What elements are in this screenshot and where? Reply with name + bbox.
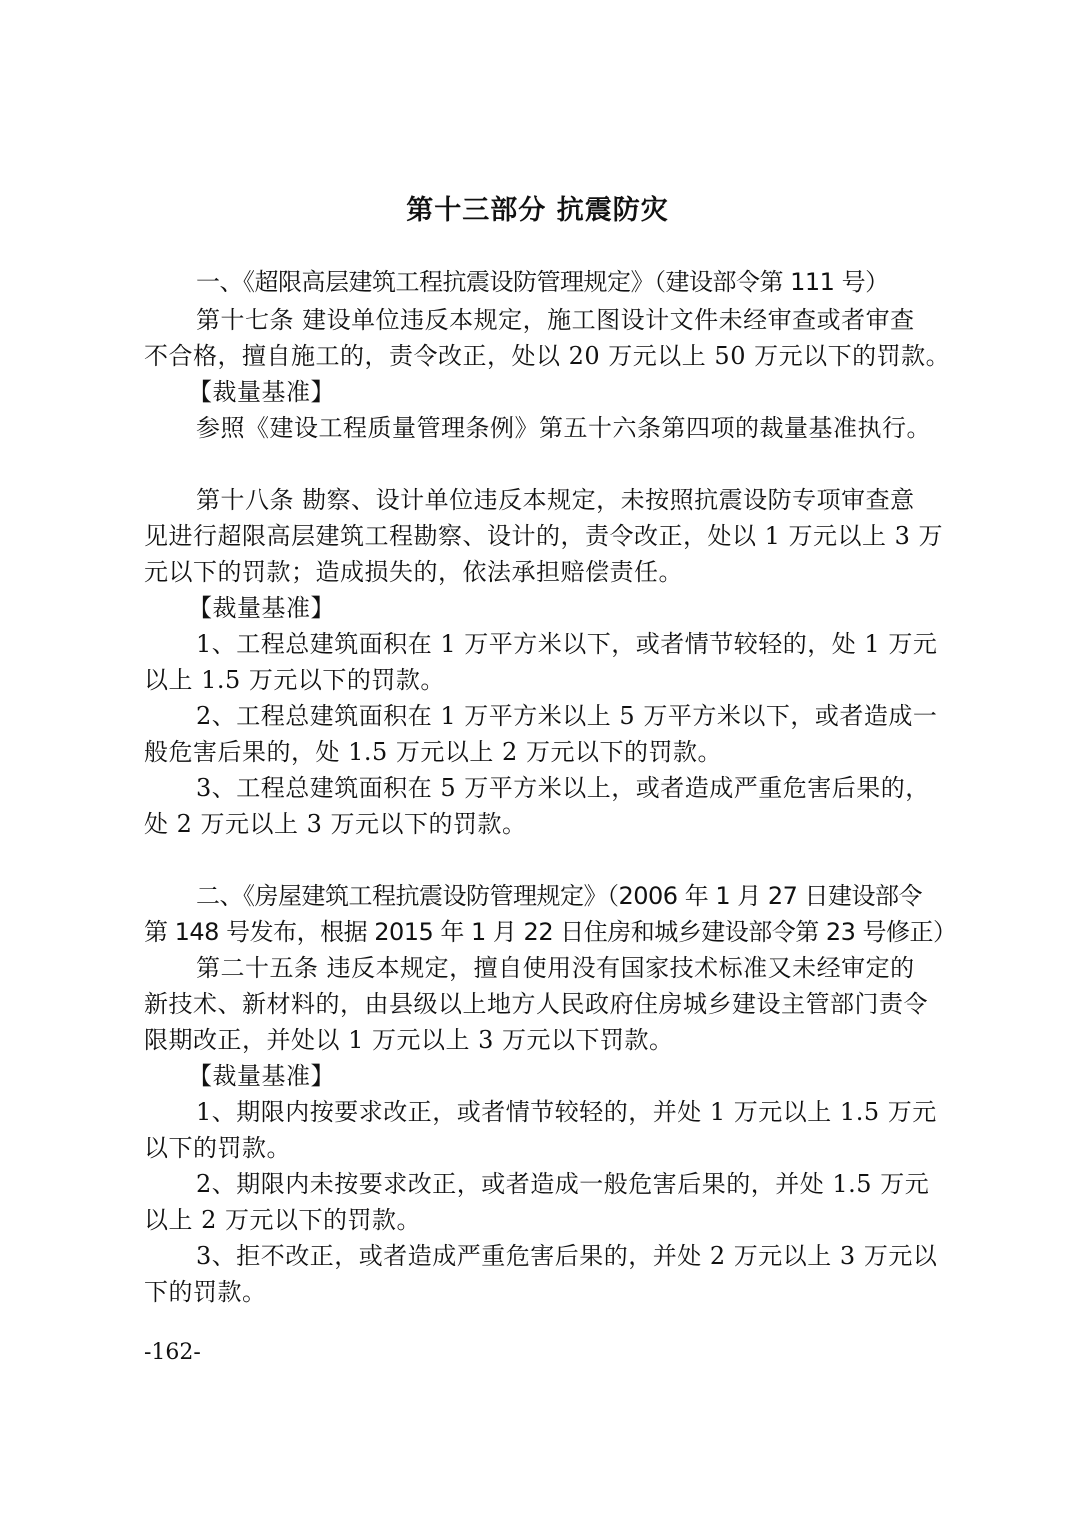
article-18-criteria-3-line-2: 处 2 万元以上 3 万元以下的罚款。 (144, 808, 944, 840)
article-25-line-1: 第二十五条 违反本规定，擅自使用没有国家技术标准又未经审定的 (196, 952, 996, 984)
criteria-label: 【裁量基准】 (188, 376, 988, 408)
section-2-heading-line-2: 第 148 号发布，根据 2015 年 1 月 22 日住房和城乡建设部令第 2… (144, 916, 944, 948)
article-25-criteria-3-line-1: 3、拒不改正，或者造成严重危害后果的，并处 2 万元以上 3 万元以 (196, 1240, 996, 1272)
criteria-label: 【裁量基准】 (188, 1060, 988, 1092)
article-18-criteria-1-line-1: 1、工程总建筑面积在 1 万平方米以下，或者情节较轻的，处 1 万元 (196, 628, 996, 660)
page-number: -162- (144, 1340, 201, 1365)
page-title: 第十三部分 抗震防灾 (0, 188, 1075, 227)
document-page: 第十三部分 抗震防灾 一、《超限高层建筑工程抗震设防管理规定》（建设部令第 11… (0, 0, 1075, 1520)
article-25-criteria-2-line-1: 2、期限内未按要求改正，或者造成一般危害后果的，并处 1.5 万元 (196, 1168, 996, 1200)
article-18-line-2: 见进行超限高层建筑工程勘察、设计的，责令改正，处以 1 万元以上 3 万 (144, 520, 944, 552)
section-1-heading: 一、《超限高层建筑工程抗震设防管理规定》（建设部令第 111 号） (196, 266, 996, 298)
article-18-line-3: 元以下的罚款；造成损失的，依法承担赔偿责任。 (144, 556, 944, 588)
article-25-criteria-1-line-2: 以下的罚款。 (144, 1132, 944, 1164)
section-2-heading-line-1: 二、《房屋建筑工程抗震设防管理规定》（2006 年 1 月 27 日建设部令 (196, 880, 996, 912)
article-25-line-2: 新技术、新材料的，由县级以上地方人民政府住房城乡建设主管部门责令 (144, 988, 944, 1020)
article-18-line-1: 第十八条 勘察、设计单位违反本规定，未按照抗震设防专项审查意 (196, 484, 996, 516)
article-17-line-1: 第十七条 建设单位违反本规定，施工图设计文件未经审查或者审查 (196, 304, 996, 336)
article-18-criteria-2-line-2: 般危害后果的，处 1.5 万元以上 2 万元以下的罚款。 (144, 736, 944, 768)
article-17-line-2: 不合格，擅自施工的，责令改正，处以 20 万元以上 50 万元以下的罚款。 (144, 340, 944, 372)
article-17-criteria-text: 参照《建设工程质量管理条例》第五十六条第四项的裁量基准执行。 (196, 412, 996, 444)
article-25-criteria-2-line-2: 以上 2 万元以下的罚款。 (144, 1204, 944, 1236)
article-25-line-3: 限期改正，并处以 1 万元以上 3 万元以下罚款。 (144, 1024, 944, 1056)
article-18-criteria-3-line-1: 3、工程总建筑面积在 5 万平方米以上，或者造成严重危害后果的， (196, 772, 996, 804)
article-25-criteria-3-line-2: 下的罚款。 (144, 1276, 944, 1308)
article-18-criteria-2-line-1: 2、工程总建筑面积在 1 万平方米以上 5 万平方米以下，或者造成一 (196, 700, 996, 732)
criteria-label: 【裁量基准】 (188, 592, 988, 624)
article-25-criteria-1-line-1: 1、期限内按要求改正，或者情节较轻的，并处 1 万元以上 1.5 万元 (196, 1096, 996, 1128)
article-18-criteria-1-line-2: 以上 1.5 万元以下的罚款。 (144, 664, 944, 696)
